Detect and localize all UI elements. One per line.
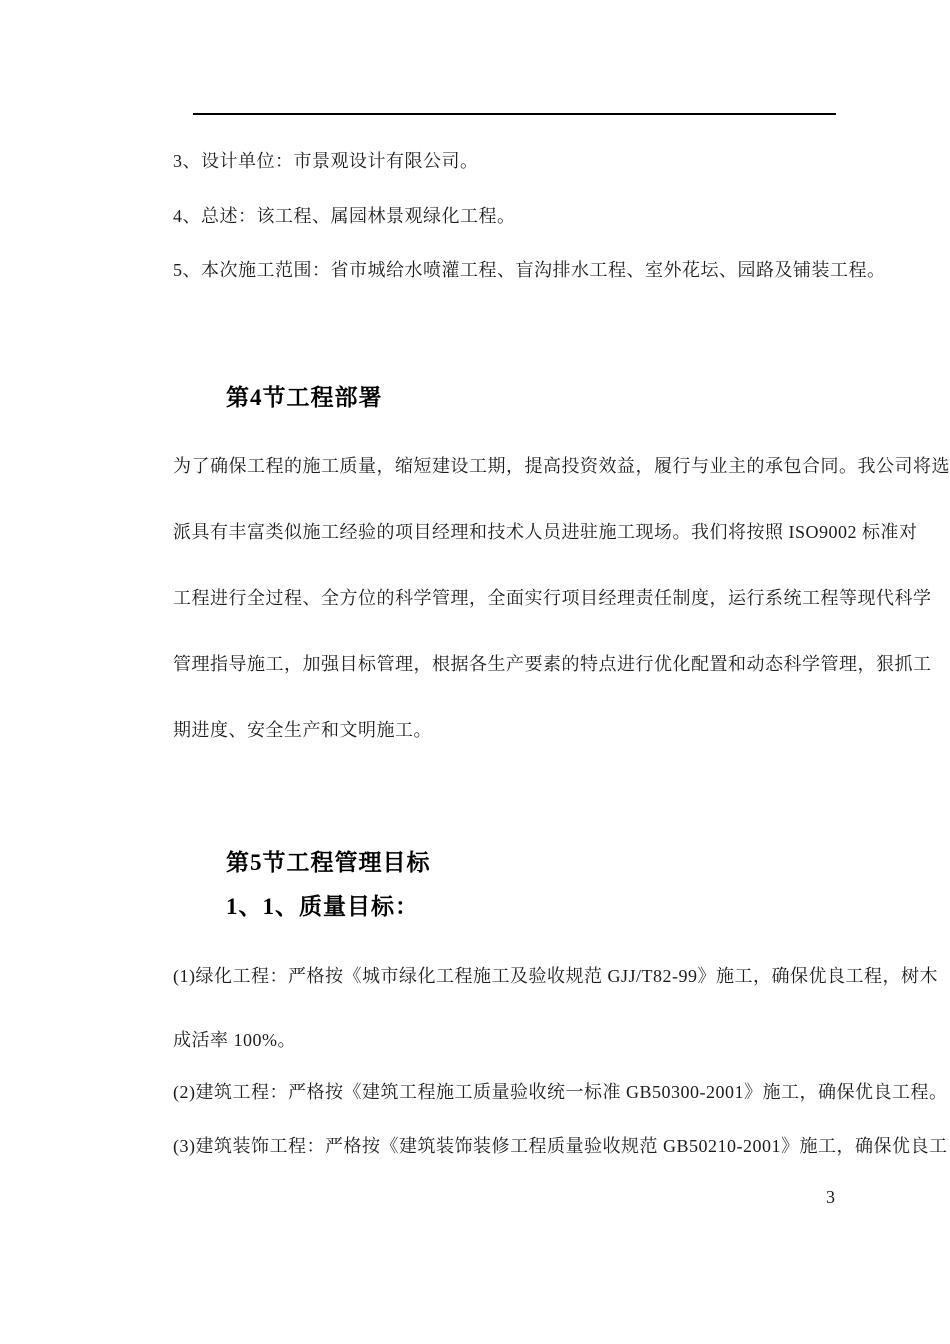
section4-paragraph-line: 为了确保工程的施工质量，缩短建设工期，提高投资效益，履行与业主的承包合同。我公司… <box>173 454 950 478</box>
document-page: 3、设计单位：市景观设计有限公司。 4、总述：该工程、属园林景观绿化工程。 5、… <box>0 0 950 1344</box>
section4-paragraph-line: 工程进行全过程、全方位的科学管理，全面实行项目经理责任制度，运行系统工程等现代科… <box>173 586 932 610</box>
section4-paragraph-line: 派具有丰富类似施工经验的项目经理和技术人员进驻施工现场。我们将按照 ISO900… <box>173 520 918 544</box>
section4-heading: 第4节工程部署 <box>226 383 383 413</box>
intro-item-5: 5、本次施工范围：省市城给水喷灌工程、盲沟排水工程、室外花坛、园路及铺装工程。 <box>173 258 886 282</box>
section5-heading: 第5节工程管理目标 <box>226 848 431 878</box>
page-number: 3 <box>826 1185 835 1209</box>
section4-paragraph-line: 期进度、安全生产和文明施工。 <box>173 718 432 742</box>
section4-paragraph-line: 管理指导施工，加强目标管理，根据各生产要素的特点进行优化配置和动态科学管理，狠抓… <box>173 652 932 676</box>
quality-target-line: (2)建筑工程：严格按《建筑工程施工质量验收统一标准 GB50300-2001》… <box>173 1080 947 1104</box>
intro-item-4: 4、总述：该工程、属园林景观绿化工程。 <box>173 204 516 228</box>
quality-target-line: (3)建筑装饰工程：严格按《建筑装饰装修工程质量验收规范 GB50210-200… <box>173 1134 947 1158</box>
quality-target-line: 成活率 100%。 <box>173 1028 296 1052</box>
intro-item-3: 3、设计单位：市景观设计有限公司。 <box>173 149 479 173</box>
quality-target-line: (1)绿化工程：严格按《城市绿化工程施工及验收规范 GJJ/T82-99》施工，… <box>173 964 938 988</box>
section5-subheading-quality-target: 1、1、质量目标： <box>226 892 419 922</box>
header-rule <box>193 113 836 115</box>
